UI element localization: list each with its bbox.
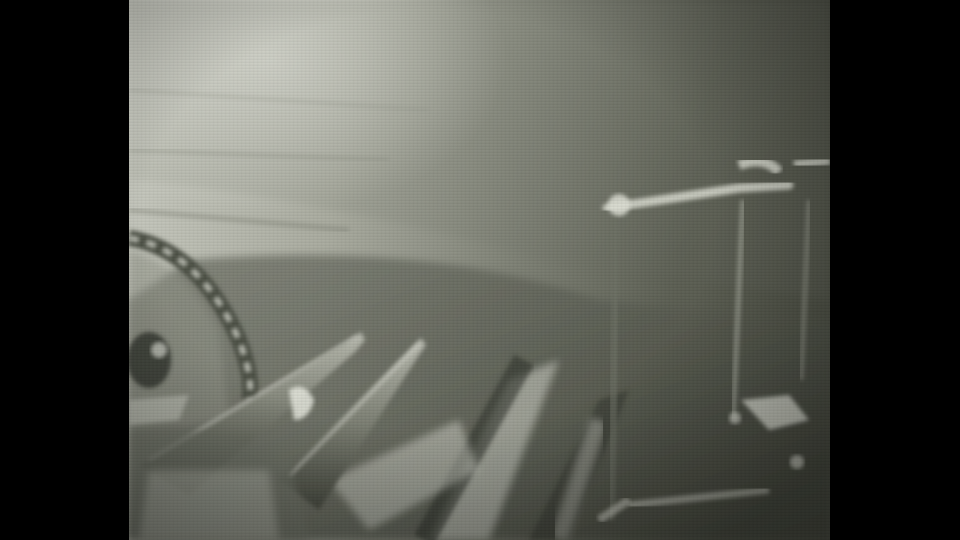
left-letterbox-bar (0, 0, 129, 540)
sea (129, 0, 830, 300)
video-stage (0, 0, 960, 540)
film-frame (129, 0, 830, 540)
right-letterbox-bar (830, 0, 960, 540)
scene-illustration (129, 0, 830, 540)
